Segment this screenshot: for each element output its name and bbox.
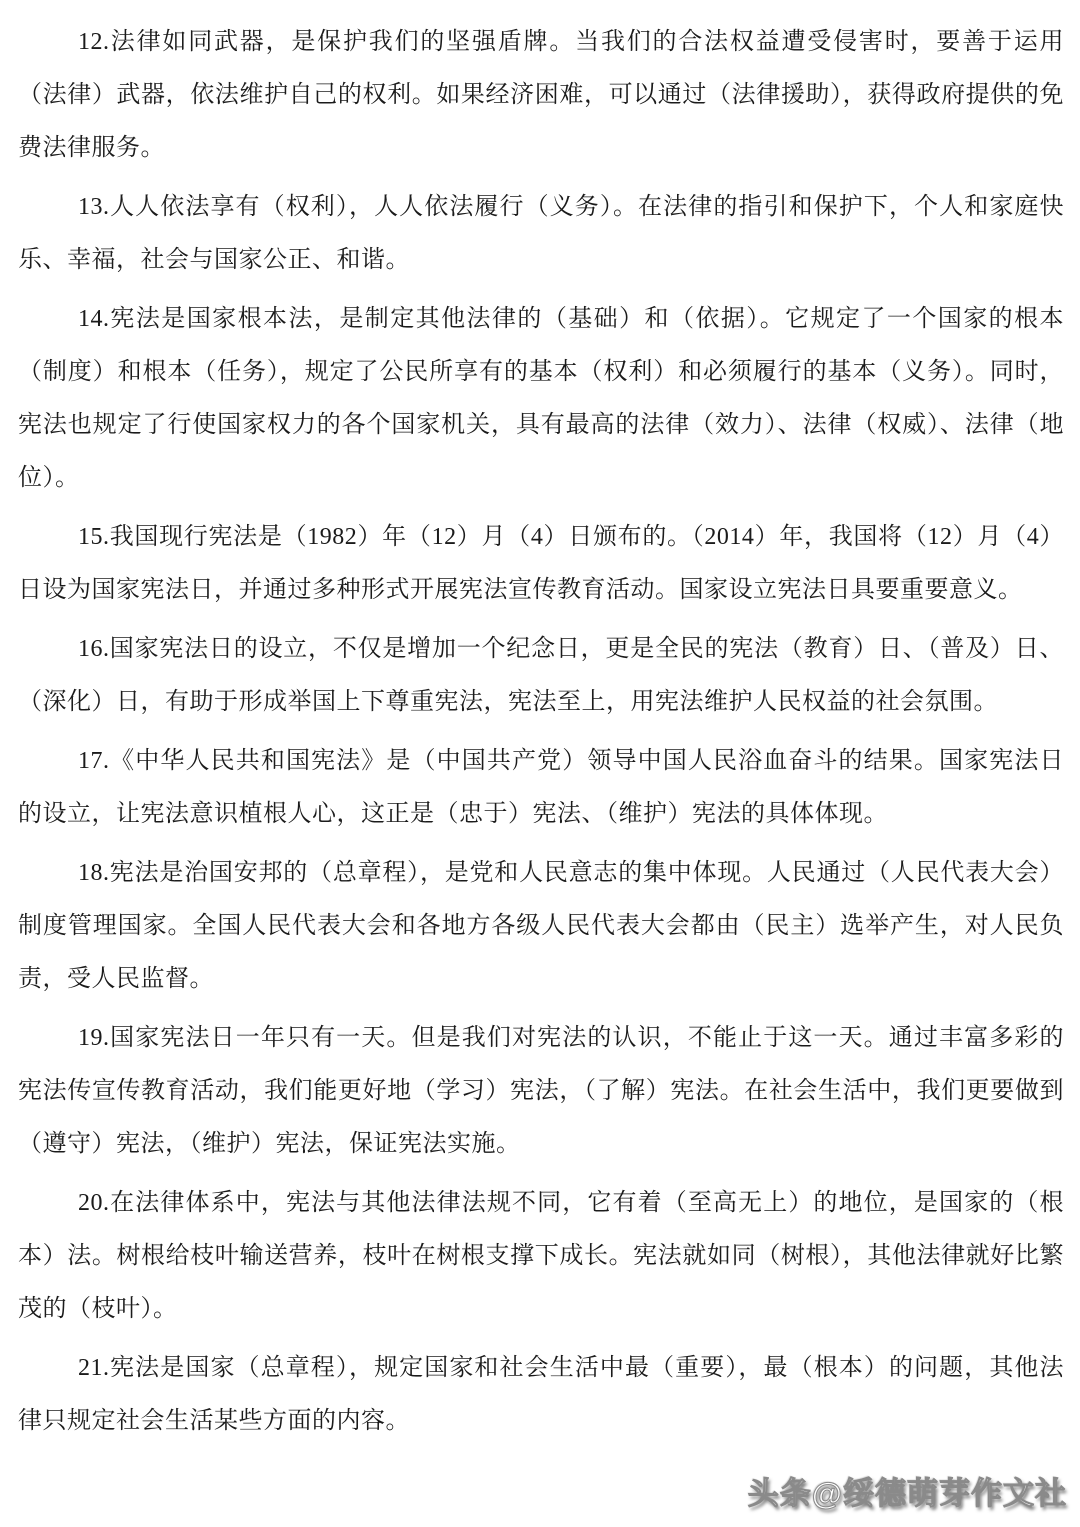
paragraph-15: 15.我国现行宪法是（1982）年（12）月（4）日颁布的。（2014）年，我国… <box>18 511 1064 617</box>
paragraph-20: 20.在法律体系中，宪法与其他法律法规不同，它有着（至高无上）的地位，是国家的（… <box>18 1177 1064 1336</box>
paragraph-21: 21.宪法是国家（总章程），规定国家和社会生活中最（重要），最（根本）的问题，其… <box>18 1342 1064 1448</box>
paragraph-18: 18.宪法是治国安邦的（总章程），是党和人民意志的集中体现。人民通过（人民代表大… <box>18 847 1064 1006</box>
paragraph-17: 17.《中华人民共和国宪法》是（中国共产党）领导中国人民浴血奋斗的结果。国家宪法… <box>18 735 1064 841</box>
paragraph-13: 13.人人依法享有（权利），人人依法履行（义务）。在法律的指引和保护下，个人和家… <box>18 181 1064 287</box>
document-page: 12.法律如同武器，是保护我们的坚强盾牌。当我们的合法权益遭受侵害时，要善于运用… <box>0 0 1080 1448</box>
paragraph-16: 16.国家宪法日的设立，不仅是增加一个纪念日，更是全民的宪法（教育）日、（普及）… <box>18 623 1064 729</box>
paragraph-12: 12.法律如同武器，是保护我们的坚强盾牌。当我们的合法权益遭受侵害时，要善于运用… <box>18 16 1064 175</box>
paragraph-14: 14.宪法是国家根本法，是制定其他法律的（基础）和（依据）。它规定了一个国家的根… <box>18 293 1064 505</box>
watermark: 头条@绥德萌芽作文社 <box>748 1468 1067 1513</box>
paragraph-19: 19.国家宪法日一年只有一天。但是我们对宪法的认识，不能止于这一天。通过丰富多彩… <box>18 1012 1064 1171</box>
document-body: 12.法律如同武器，是保护我们的坚强盾牌。当我们的合法权益遭受侵害时，要善于运用… <box>18 16 1064 1448</box>
